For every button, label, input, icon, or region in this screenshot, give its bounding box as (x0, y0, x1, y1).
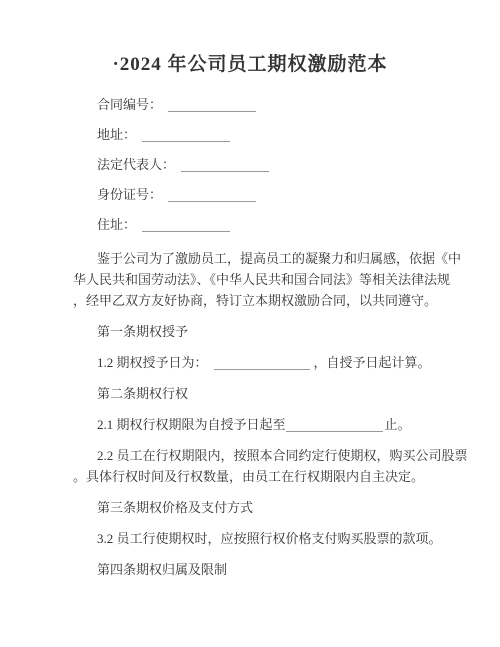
clause-2-2-line-1: 2.2 员工在行权期限内，按照本合同约定行使期权，购买公司股票 (73, 445, 470, 466)
clause-3-2-line: 3.2 员工行使期权时，应按照行权价格支付购买股票的款项。 (73, 528, 470, 549)
id-number-blank-line (168, 187, 256, 202)
article-4-heading: 第四条期权归属及限制 (73, 559, 470, 580)
article-2-heading-block: 第二条期权行权 (73, 383, 470, 404)
preamble-line-1: 鉴于公司为了激励员工，提高员工的凝聚力和归属感，依据《中 (73, 248, 470, 269)
field-row-residence: 住址： (73, 214, 470, 235)
residence-label: 住址： (97, 217, 136, 232)
contract-number-blank-line (168, 97, 256, 112)
address-blank-line (142, 127, 230, 142)
clause-2-1-text-post: 止。 (385, 417, 411, 432)
legal-representative-blank-line (181, 157, 269, 172)
field-row-id-number: 身份证号： (73, 184, 470, 205)
address-label: 地址： (97, 127, 136, 142)
legal-representative-label: 法定代表人： (97, 157, 175, 172)
clause-2-2: 2.2 员工在行权期限内，按照本合同约定行使期权，购买公司股票 。具体行权时间及… (73, 445, 470, 487)
residence-blank-line (142, 217, 230, 232)
article-3-heading: 第三条期权价格及支付方式 (73, 497, 470, 518)
preamble-paragraph: 鉴于公司为了激励员工，提高员工的凝聚力和归属感，依据《中 华人民共和国劳动法》、… (73, 248, 470, 311)
document-body: 合同编号： 地址： 法定代表人： 身份证号： 住址： 鉴于公司为了激励员工，提高… (0, 78, 500, 580)
clause-2-2-line-2: 。具体行权时间及行权数量，由员工在行权期限内自主决定。 (73, 466, 470, 487)
clause-2-1: 2.1 期权行权期限为自授予日起至止。 (73, 414, 470, 435)
clause-1-2: 1.2 期权授予日为：，自授予日起计算。 (73, 352, 470, 373)
exercise-deadline-blank-line (286, 417, 383, 432)
grant-date-blank-line (214, 355, 310, 370)
article-3-heading-block: 第三条期权价格及支付方式 (73, 497, 470, 518)
article-1-heading: 第一条期权授予 (73, 321, 470, 342)
clause-1-2-text-pre: 1.2 期权授予日为： (97, 355, 208, 370)
contract-number-label: 合同编号： (97, 97, 162, 112)
id-number-label: 身份证号： (97, 187, 162, 202)
field-row-contract-number: 合同编号： (73, 94, 470, 115)
field-row-legal-representative: 法定代表人： (73, 154, 470, 175)
field-row-address: 地址： (73, 124, 470, 145)
clause-3-2: 3.2 员工行使期权时，应按照行权价格支付购买股票的款项。 (73, 528, 470, 549)
document-title: ·2024 年公司员工期权激励范本 (0, 0, 500, 78)
clause-2-1-text-pre: 2.1 期权行权期限为自授予日起至 (97, 417, 286, 432)
contract-document-page: ·2024 年公司员工期权激励范本 合同编号： 地址： 法定代表人： 身份证号：… (0, 0, 500, 647)
article-4-heading-block: 第四条期权归属及限制 (73, 559, 470, 580)
article-2-heading: 第二条期权行权 (73, 383, 470, 404)
article-1-heading-block: 第一条期权授予 (73, 321, 470, 342)
clause-1-2-text-post: ，自授予日起计算。 (314, 355, 431, 370)
preamble-line-2: 华人民共和国劳动法》、《中华人民共和国合同法》等相关法律法规 (73, 269, 470, 290)
preamble-line-3: ，经甲乙双方友好协商，特订立本期权激励合同，以共同遵守。 (73, 290, 470, 311)
